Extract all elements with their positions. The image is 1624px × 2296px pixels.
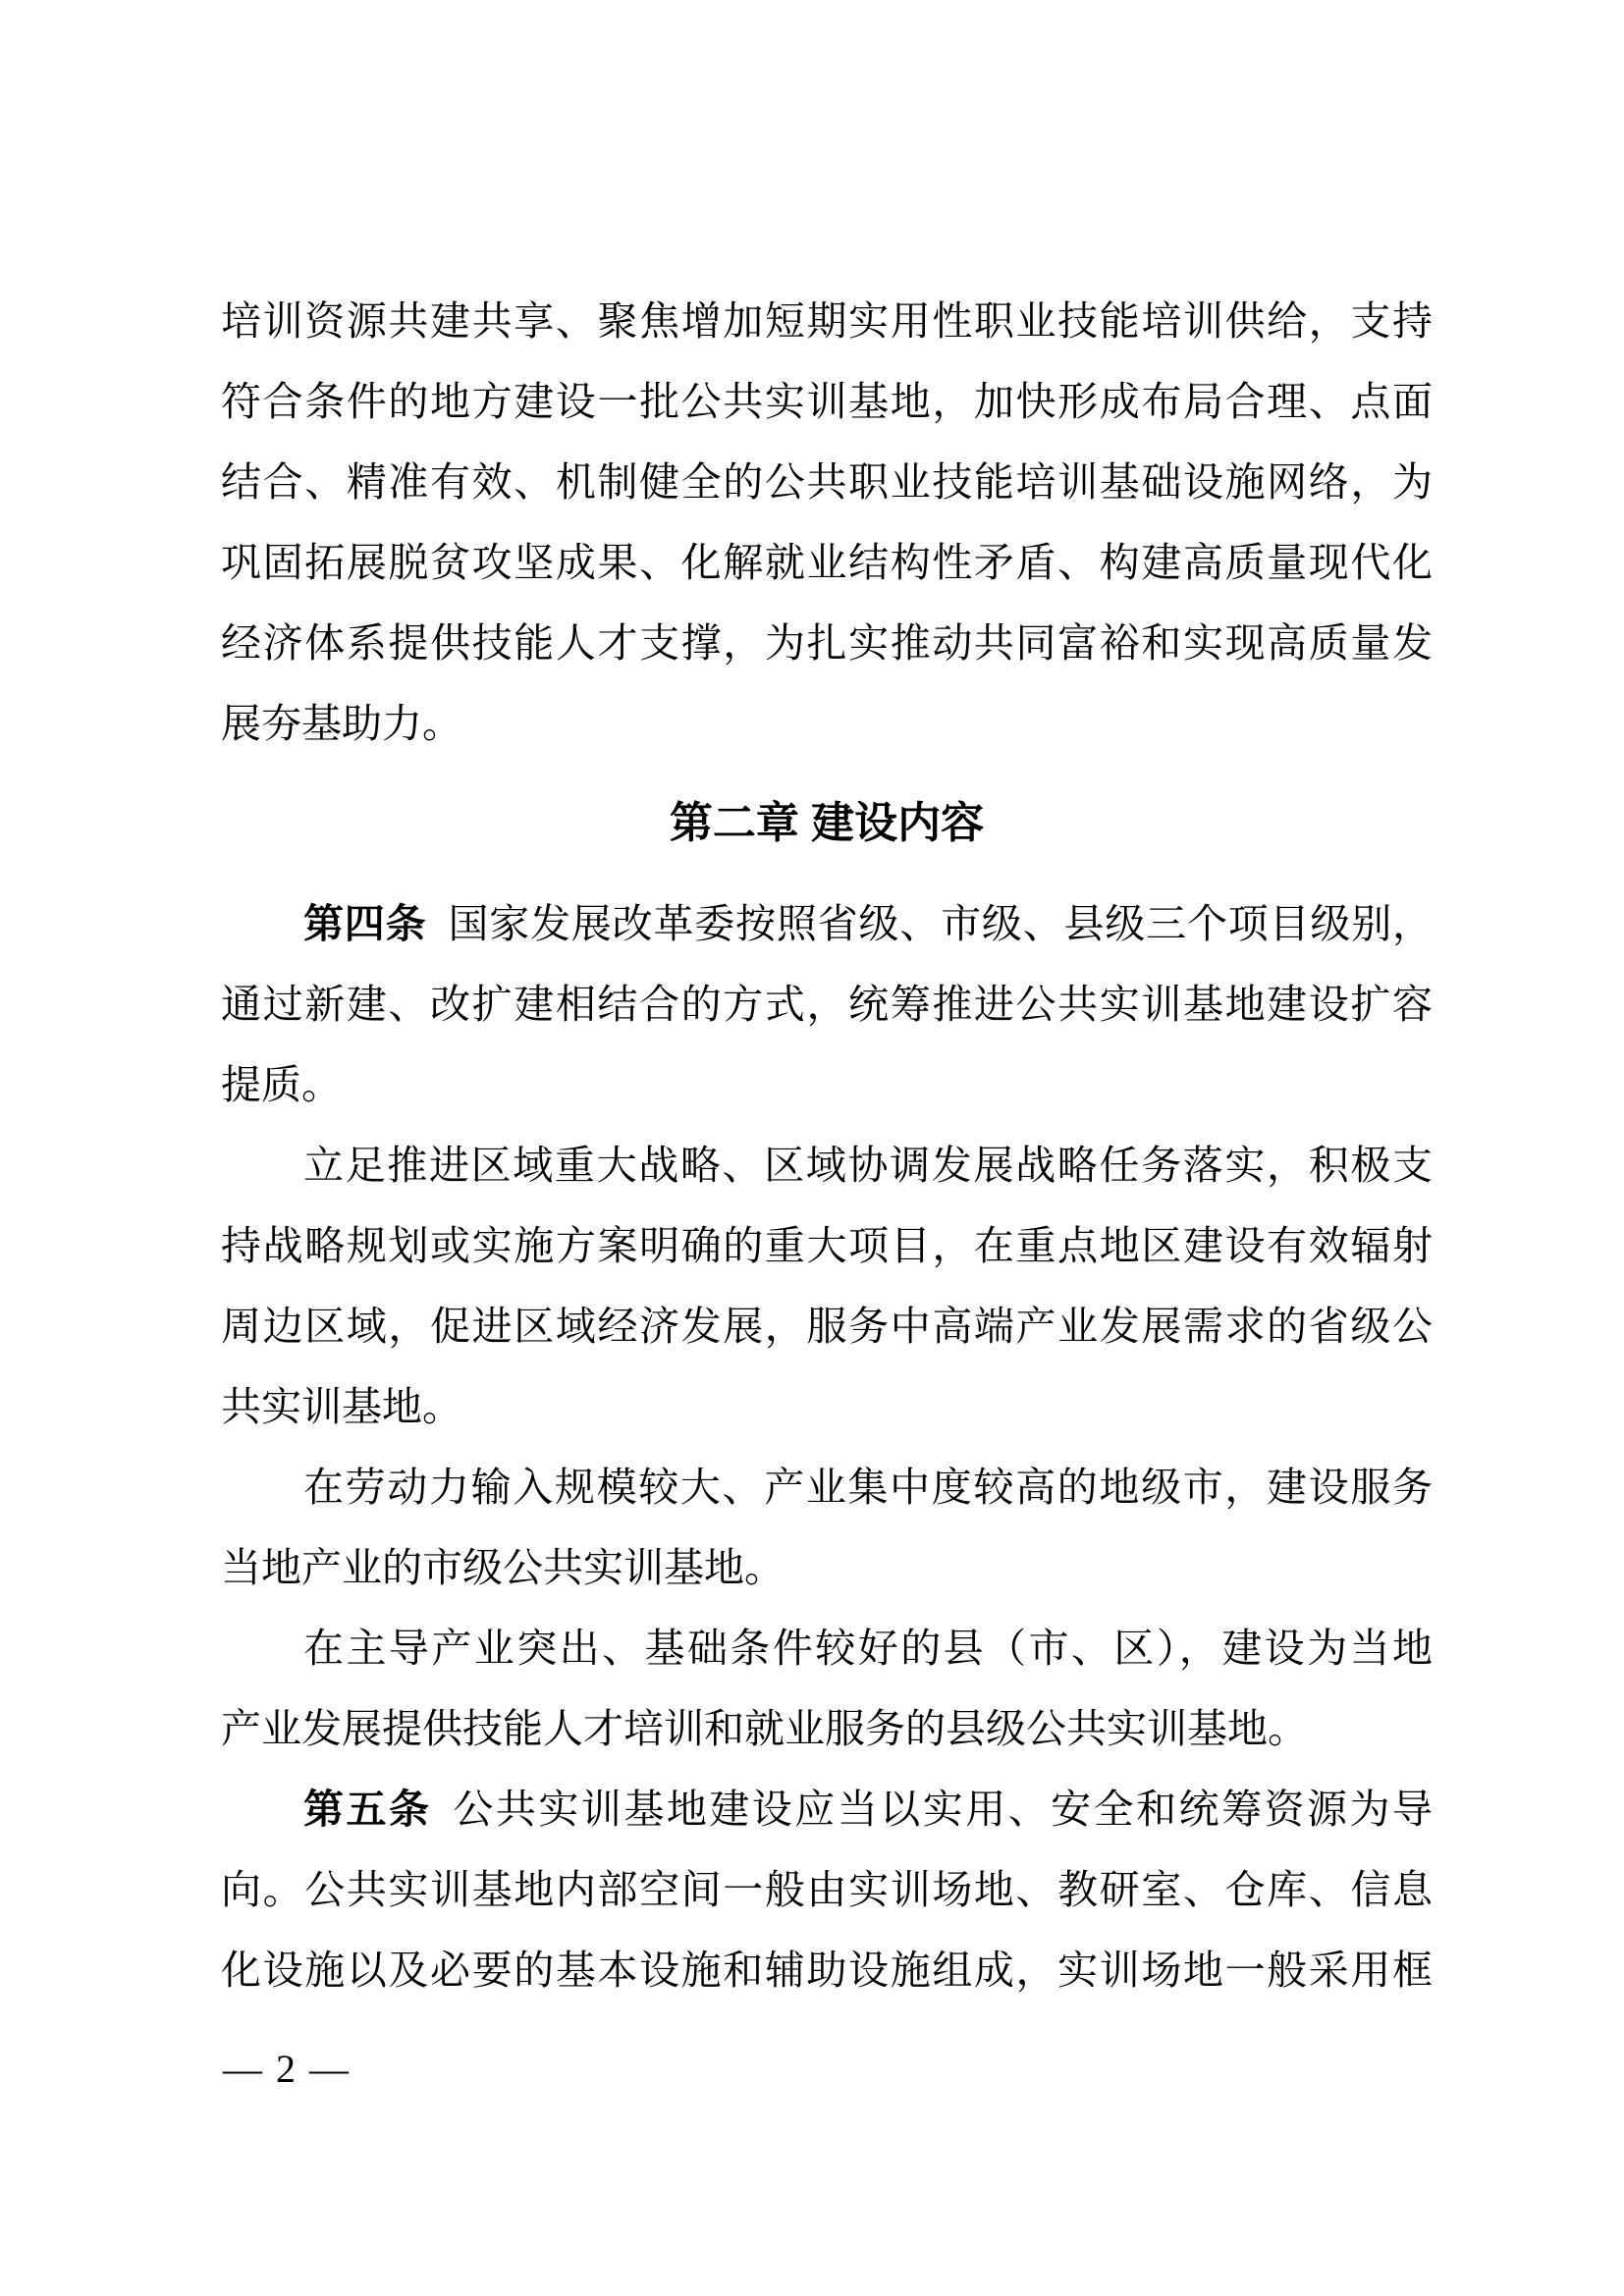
text-line: 通过新建、改扩建相结合的方式，统筹推进公共实训基地建设扩容 — [221, 964, 1433, 1044]
text-line: 第四条国家发展改革委按照省级、市级、县级三个项目级别， — [221, 883, 1433, 964]
text-line: 培训资源共建共享、聚焦增加短期实用性职业技能培训供给，支持 — [221, 281, 1433, 361]
document-body: 培训资源共建共享、聚焦增加短期实用性职业技能培训供给，支持 符合条件的地方建设一… — [221, 281, 1433, 2010]
text-line: 符合条件的地方建设一批公共实训基地，加快形成布局合理、点面 — [221, 361, 1433, 442]
text-line: 巩固拓展脱贫攻坚成果、化解就业结构性矛盾、构建高质量现代化 — [221, 522, 1433, 603]
text-line: 立足推进区域重大战略、区域协调发展战略任务落实，积极支 — [221, 1125, 1433, 1205]
text-line: 提质。 — [221, 1044, 1433, 1125]
chapter-heading: 第二章 建设内容 — [221, 764, 1433, 883]
text-line: 第五条公共实训基地建设应当以实用、安全和统筹资源为导 — [221, 1769, 1433, 1849]
document-page: 培训资源共建共享、聚焦增加短期实用性职业技能培训供给，支持 符合条件的地方建设一… — [0, 0, 1624, 2296]
text-line: 持战略规划或实施方案明确的重大项目，在重点地区建设有效辐射 — [221, 1205, 1433, 1286]
text-line: 在劳动力输入规模较大、产业集中度较高的地级市，建设服务 — [221, 1447, 1433, 1527]
text-line: 当地产业的市级公共实训基地。 — [221, 1527, 1433, 1608]
article-number: 第四条 — [303, 901, 426, 946]
article-number: 第五条 — [303, 1787, 431, 1832]
text-line: 展夯基助力。 — [221, 683, 1433, 764]
text-line: 周边区域，促进区域经济发展，服务中高端产业发展需求的省级公 — [221, 1286, 1433, 1366]
text-line: 产业发展提供技能人才培训和就业服务的县级公共实训基地。 — [221, 1688, 1433, 1769]
text-line: 共实训基地。 — [221, 1366, 1433, 1447]
text-line: 经济体系提供技能人才支撑，为扎实推动共同富裕和实现高质量发 — [221, 603, 1433, 683]
text-line: 向。公共实训基地内部空间一般由实训场地、教研室、仓库、信息 — [221, 1849, 1433, 1930]
text-line: 在主导产业突出、基础条件较好的县（市、区），建设为当地 — [221, 1608, 1433, 1688]
page-number: — 2 — — [223, 2048, 351, 2091]
article-text: 公共实训基地建设应当以实用、安全和统筹资源为导 — [453, 1787, 1433, 1832]
text-line: 化设施以及必要的基本设施和辅助设施组成，实训场地一般采用框 — [221, 1930, 1433, 2010]
article-text: 国家发展改革委按照省级、市级、县级三个项目级别， — [448, 901, 1433, 946]
text-line: 结合、精准有效、机制健全的公共职业技能培训基础设施网络，为 — [221, 442, 1433, 522]
